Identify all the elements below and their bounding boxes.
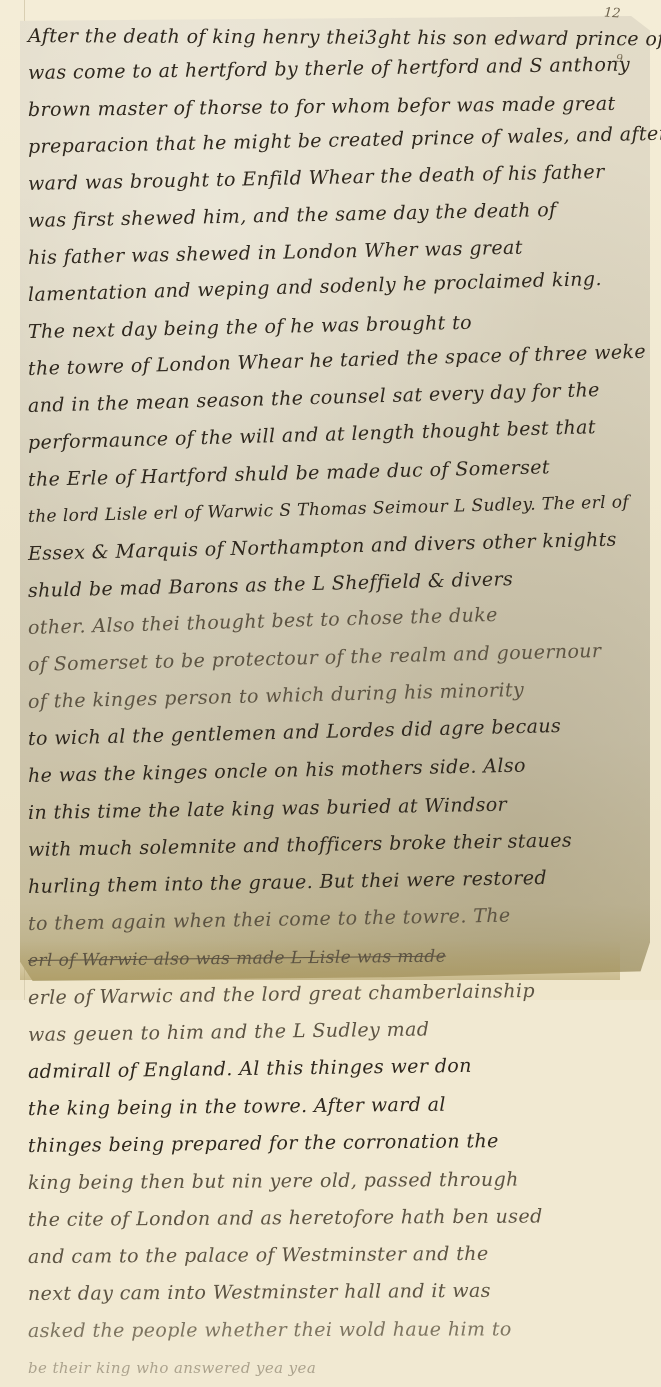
text-line: was come to at hertford by therle of her… <box>28 46 646 92</box>
manuscript-text: After the death of king henry thei3ght h… <box>28 18 646 1000</box>
